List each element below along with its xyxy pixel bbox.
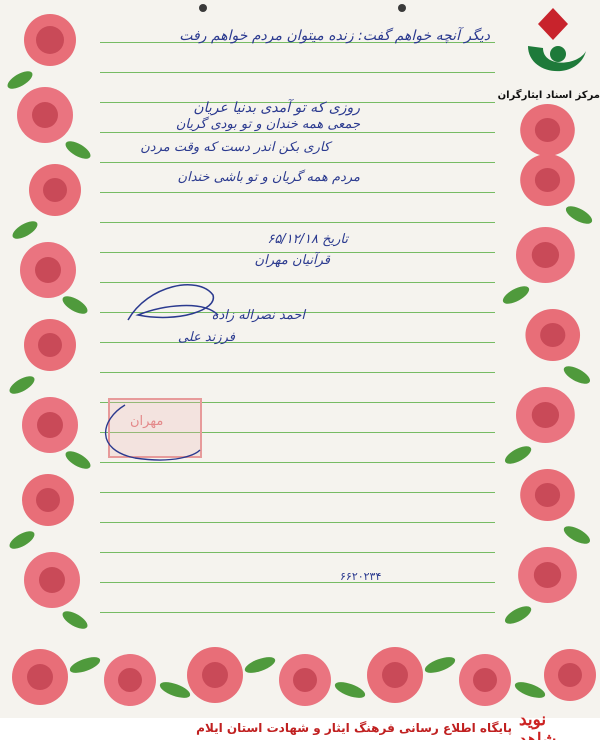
navid-shahed-logo: نوید شاهد xyxy=(519,710,575,738)
stamp-signature-scribble xyxy=(95,400,205,470)
location-line: قرآنیان مهران xyxy=(255,253,330,268)
archive-logo-icon xyxy=(508,6,598,90)
signature-subtitle: فرزند علی xyxy=(178,330,235,345)
signature-scribble xyxy=(118,275,228,335)
signature-name: احمد نصراله زاده xyxy=(212,308,305,323)
archive-logo-label: مرکز اسناد ایثارگران xyxy=(500,90,600,101)
punch-hole xyxy=(398,4,406,12)
rose-border-bottom xyxy=(0,635,600,720)
date-line: تاریخ ۶۵/۱۲/۱۸ xyxy=(267,232,348,247)
letter-line: روزی که تو آمدی بدنیا عریان xyxy=(193,100,360,116)
letter-paper: دیگر آنچه خواهم گفت: زنده میتوان مردم خو… xyxy=(0,0,600,740)
footer-caption: پایگاه اطلاع رسانی فرهنگ ایثار و شهادت ا… xyxy=(196,721,512,735)
letter-line: مردم همه گریان و تو باشی خندان xyxy=(178,170,360,185)
letter-line: کاری بکن اندر دست که وقت مردن xyxy=(140,140,330,155)
letter-line: دیگر آنچه خواهم گفت: زنده میتوان مردم خو… xyxy=(179,28,490,44)
serial-number: ۶۶۲۰۲۳۴ xyxy=(340,570,381,583)
punch-hole xyxy=(199,4,207,12)
rose-border-left xyxy=(0,0,100,650)
letter-line: جمعی همه خندان و تو بودی گریان xyxy=(176,117,360,132)
